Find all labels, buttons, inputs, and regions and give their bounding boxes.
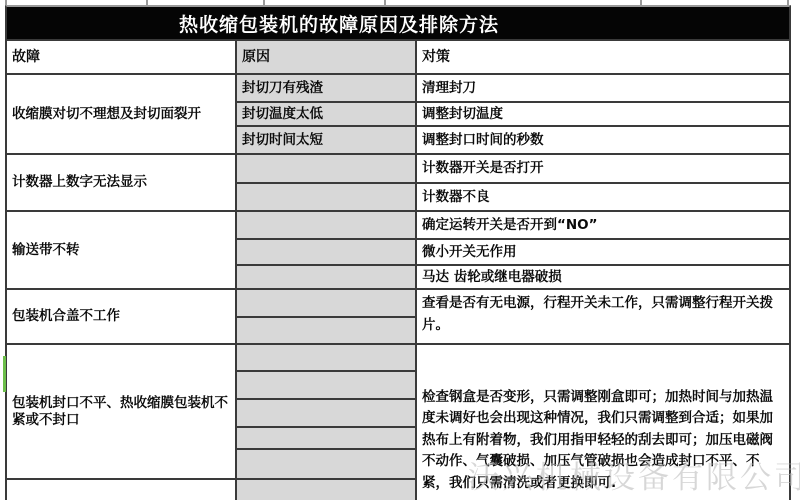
solution-cell: 调整封口时间的秒数: [417, 127, 789, 153]
fault-cell: 输送带不转: [7, 212, 235, 288]
cause-cell: [237, 184, 415, 210]
page: 热收缩包装机的故障原因及排除方法 故障 原因 对策 收缩膜对切不理想及封切面裂开…: [0, 0, 800, 500]
col-header-solution: 对策: [417, 41, 789, 73]
table-title: 热收缩包装机的故障原因及排除方法: [7, 7, 789, 39]
cause-cell: [237, 450, 415, 478]
fault-cell: 包装机封口不平、热收缩膜包装机不紧或不封口: [7, 345, 235, 478]
solution-cell: 查看是否有无电源，行程开关未工作，只需调整行程开关拨片。: [417, 290, 789, 343]
cause-cell: 封切刀有残渣: [237, 75, 415, 101]
cause-cell: [237, 400, 415, 426]
solution-cell: 清理封刀: [417, 75, 789, 101]
solution-cell: 马达 齿轮或继电器破损: [417, 266, 789, 288]
cause-cell: 封切时间太短: [237, 127, 415, 153]
cause-cell: [237, 212, 415, 238]
cause-cell: [237, 290, 415, 316]
green-selection-mark: [3, 356, 6, 392]
cause-cell: [237, 428, 415, 448]
fault-cell: 包装机合盖不工作: [7, 290, 235, 343]
fault-cell: 收缩膜对切不理想及封切面裂开: [7, 75, 235, 153]
solution-cell: 确定运转开关是否开到“NO”: [417, 212, 789, 238]
solution-cell: 微小开关无作用: [417, 240, 789, 264]
partial-fault-cell: [7, 480, 235, 500]
col-header-fault: 故障: [7, 41, 235, 73]
cause-cell: [237, 155, 415, 182]
cause-cell: [237, 266, 415, 288]
cause-cell: 封切温度太低: [237, 103, 415, 125]
solution-cell: 计数器开关是否打开: [417, 155, 789, 182]
cause-cell: [237, 345, 415, 370]
solution-cell: 调整封切温度: [417, 103, 789, 125]
fault-cell: 计数器上数字无法显示: [7, 155, 235, 210]
troubleshooting-table: 热收缩包装机的故障原因及排除方法 故障 原因 对策 收缩膜对切不理想及封切面裂开…: [5, 5, 791, 500]
cause-cell: [237, 240, 415, 264]
solution-cell: 计数器不良: [417, 184, 789, 210]
partial-cause-cell: [237, 480, 415, 500]
col-header-cause: 原因: [237, 41, 415, 73]
cause-cell: [237, 372, 415, 398]
cause-cell: [237, 318, 415, 343]
solution-cell: 检查钢盒是否变形，只需调整刚盒即可；加热时间与加热温度未调好也会出现这种情况，我…: [417, 345, 789, 500]
